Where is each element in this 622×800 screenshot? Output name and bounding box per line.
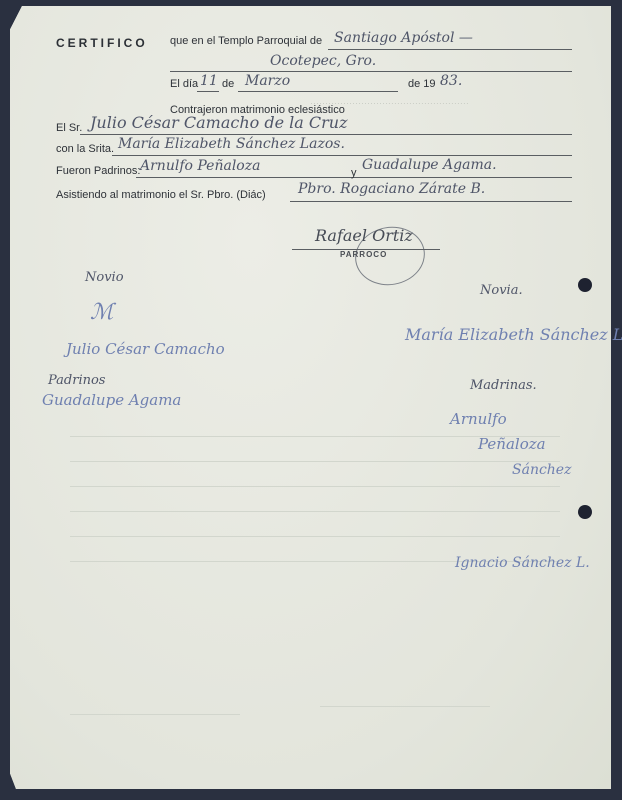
bleed-line xyxy=(320,706,490,707)
temple-name: Santiago Apóstol — xyxy=(334,30,473,46)
godmother-name: Guadalupe Agama. xyxy=(362,157,497,173)
godmother-signature: Sánchez xyxy=(512,462,571,478)
month-value: Marzo xyxy=(245,73,290,89)
temple-name-line xyxy=(328,49,572,50)
groom-signature: Julio César Camacho xyxy=(66,340,225,358)
document-title: CERTIFICO xyxy=(56,36,148,50)
bride-heading: Novia. xyxy=(480,283,523,298)
priest-line xyxy=(290,201,572,202)
of-label: de xyxy=(222,78,234,90)
groom-scribble-icon: ℳ xyxy=(90,300,114,325)
day-value: 11 xyxy=(200,73,218,89)
godparent-signature: Guadalupe Agama xyxy=(42,391,181,409)
godmothers-heading: Madrinas. xyxy=(470,378,537,393)
godmother-signature: Arnulfo xyxy=(450,410,507,428)
temple-location: Ocotepec, Gro. xyxy=(270,53,376,69)
bride-label: con la Srita. xyxy=(56,143,114,155)
bleed-line xyxy=(70,714,240,715)
groom-name: Julio César Camacho de la Cruz xyxy=(90,113,348,132)
godmother-signature: Peñaloza xyxy=(478,435,546,453)
godfather-name: Arnulfo Peñaloza xyxy=(140,158,260,174)
bleed-line xyxy=(70,461,560,462)
groom-line xyxy=(80,134,572,135)
groom-heading: Novio xyxy=(85,270,124,285)
bride-signature: María Elizabeth Sánchez L. xyxy=(405,325,622,344)
assisting-label: Asistiendo al matrimonio el Sr. Pbro. (D… xyxy=(56,189,266,201)
bleed-line xyxy=(70,486,560,487)
godmother-signature: Ignacio Sánchez L. xyxy=(455,555,590,571)
godparents-label: Fueron Padrinos: xyxy=(56,165,140,177)
bride-line xyxy=(112,155,572,156)
priest-name: Pbro. Rogaciano Zárate B. xyxy=(298,181,485,197)
bleed-line xyxy=(70,511,560,512)
and-label: y xyxy=(351,167,357,179)
temple-label: que en el Templo Parroquial de xyxy=(170,35,322,47)
punch-hole xyxy=(578,278,592,292)
day-line xyxy=(197,91,219,92)
groom-label: El Sr. xyxy=(56,122,82,134)
day-label: El día xyxy=(170,78,198,90)
pastor-signature: Rafael Ortiz xyxy=(315,226,413,245)
punch-hole xyxy=(578,505,592,519)
year-value: 83. xyxy=(440,73,462,89)
temple-location-line xyxy=(170,71,572,72)
godparents-heading: Padrinos xyxy=(48,373,105,388)
year-label: de 19 xyxy=(408,78,436,90)
signature-title: PARROCO xyxy=(340,250,387,259)
bleed-line xyxy=(70,536,560,537)
month-line xyxy=(238,91,398,92)
bride-name: María Elizabeth Sánchez Lazos. xyxy=(118,136,345,152)
